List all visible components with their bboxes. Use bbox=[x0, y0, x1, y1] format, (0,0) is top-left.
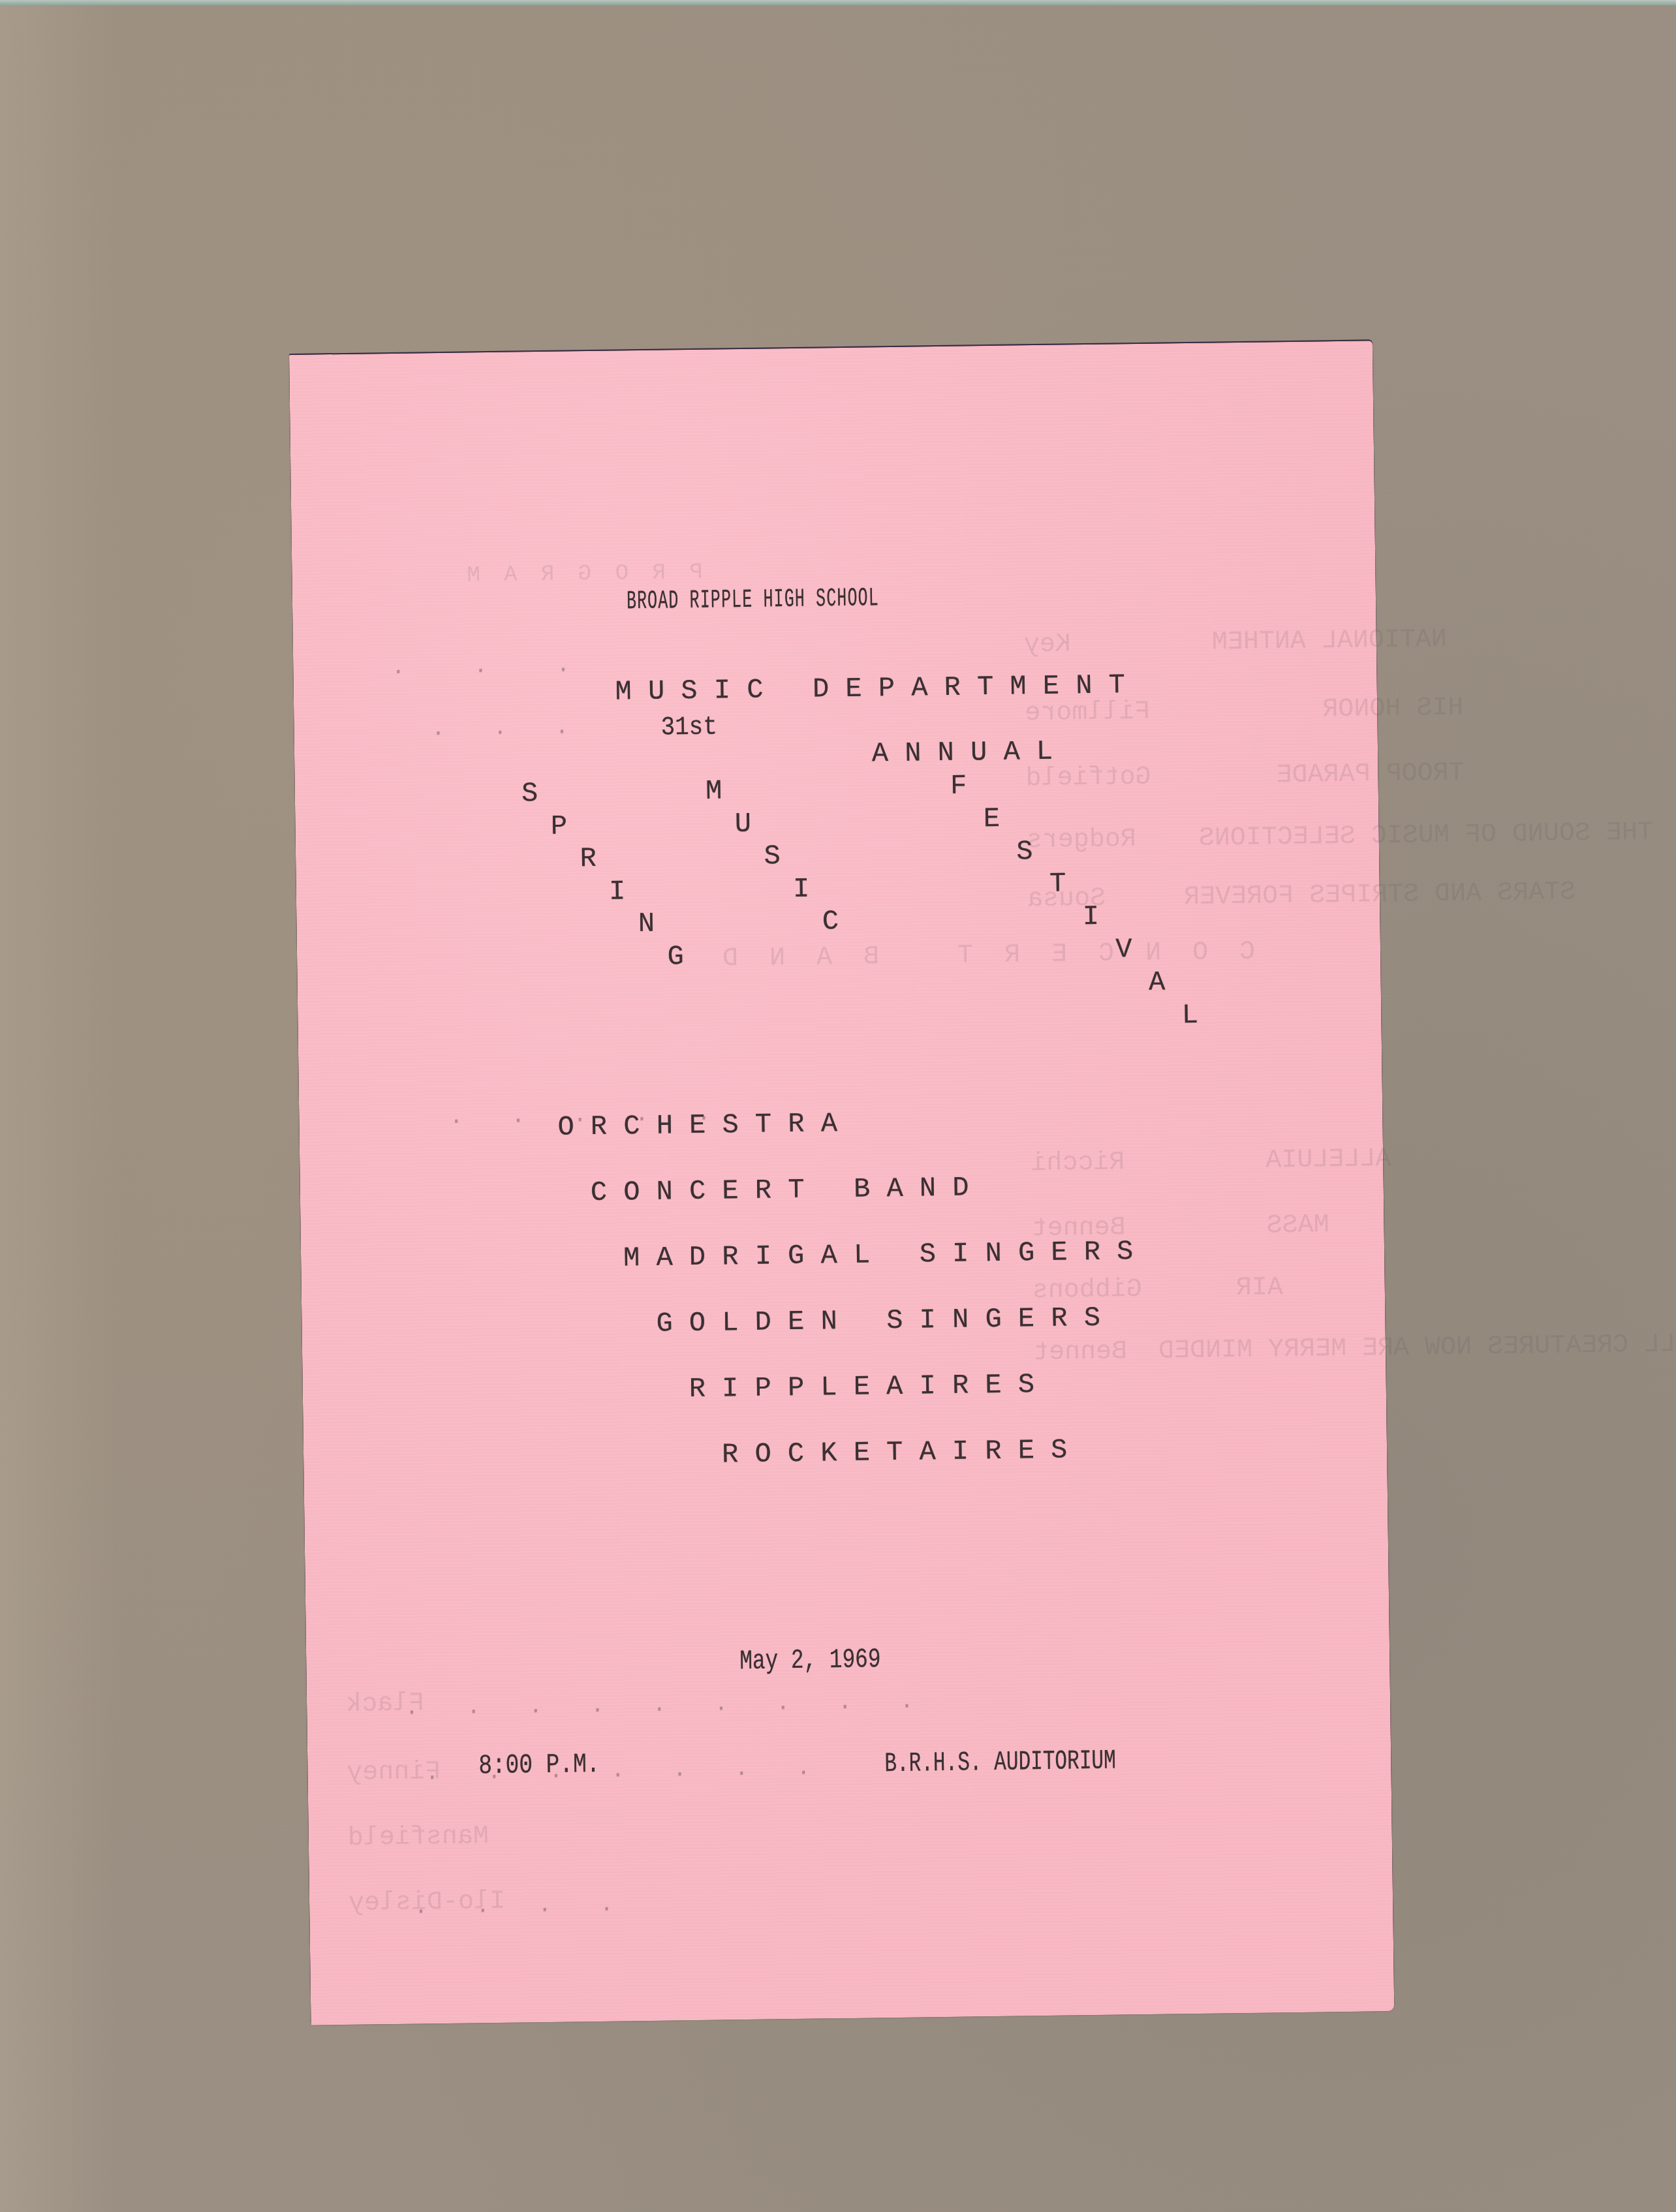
show-through-text: THE SOUND OF MUSIC SELECTIONS Rodgers bbox=[1027, 820, 1654, 855]
festival-letter: S bbox=[521, 780, 538, 807]
show-through-text: ALLELUIA Ricchi bbox=[1031, 1146, 1391, 1177]
festival-letter: S bbox=[764, 842, 781, 870]
festival-title: SPRINGMUSICFESTIVAL bbox=[289, 341, 1373, 355]
festival-letter: U bbox=[735, 810, 752, 837]
festival-letter: I bbox=[1082, 903, 1099, 930]
festival-letter: I bbox=[793, 875, 810, 902]
edition-number: 31st bbox=[660, 714, 717, 741]
festival-letter: A bbox=[1149, 968, 1166, 996]
show-through-text: C O N C E R T B A N D bbox=[715, 940, 1256, 973]
concert-date: May 2, 1969 bbox=[739, 1646, 881, 1675]
show-through-text: STARS AND STRIPES FOREVER Sousa bbox=[1027, 880, 1576, 913]
festival-letter: G bbox=[667, 943, 684, 970]
ensemble-name: R I P P L E A I R E S bbox=[689, 1371, 1035, 1403]
program-cover-sheet: P R O G R A M NATIONAL ANTHEM Key HIS HO… bbox=[289, 341, 1394, 2025]
festival-letter: I bbox=[609, 878, 626, 905]
scanner-glass-edge bbox=[0, 0, 1676, 5]
ensemble-name: O R C H E S T R A bbox=[557, 1110, 837, 1141]
show-through-text: ALL CREATURES NOW ARE MERRY MINDED Benne… bbox=[1033, 1332, 1676, 1366]
festival-letter: P bbox=[551, 812, 568, 840]
annual-text: A N N U A L bbox=[872, 736, 1053, 770]
ensemble-list: O R C H E S T R AC O N C E R T B A N DM … bbox=[289, 341, 1373, 355]
show-through-text: P R O G R A M bbox=[461, 562, 703, 587]
festival-letter: N bbox=[638, 910, 655, 938]
festival-letter: E bbox=[984, 805, 1001, 833]
festival-letter: T bbox=[1049, 870, 1066, 898]
festival-letter: F bbox=[950, 772, 967, 799]
ensemble-name: R O C K E T A I R E S bbox=[722, 1437, 1068, 1469]
concert-venue: B.R.H.S. AUDITORIUM bbox=[884, 1747, 1116, 1778]
school-name: BROAD RIPPLE HIGH SCHOOL bbox=[627, 586, 879, 615]
edition-word: A N N U A L bbox=[805, 711, 1053, 796]
stray-dots: . . . . . . . . . bbox=[405, 1688, 921, 1721]
show-through-text: TROOP PARADE Gotfield bbox=[1025, 760, 1465, 792]
festival-letter: C bbox=[822, 908, 839, 935]
festival-letter: S bbox=[1016, 838, 1033, 865]
festival-letter: L bbox=[1181, 1001, 1198, 1028]
stray-dots: . . . . bbox=[414, 1891, 621, 1920]
ensemble-name: M A D R I G A L S I N G E R S bbox=[623, 1238, 1134, 1272]
department-text: M U S I C D E P A R T M E N T bbox=[615, 669, 1125, 707]
festival-letter: R bbox=[580, 845, 597, 872]
concert-time: 8:00 P.M. bbox=[478, 1751, 600, 1779]
festival-letter: V bbox=[1115, 936, 1132, 963]
ensemble-name: G O L D E N S I N G E R S bbox=[656, 1304, 1100, 1338]
show-through-text: Mansfield bbox=[348, 1824, 489, 1852]
ensemble-name: C O N C E R T B A N D bbox=[591, 1174, 969, 1206]
show-through-text: AIR Gibbons bbox=[1032, 1275, 1284, 1304]
festival-letter: M bbox=[706, 777, 722, 805]
